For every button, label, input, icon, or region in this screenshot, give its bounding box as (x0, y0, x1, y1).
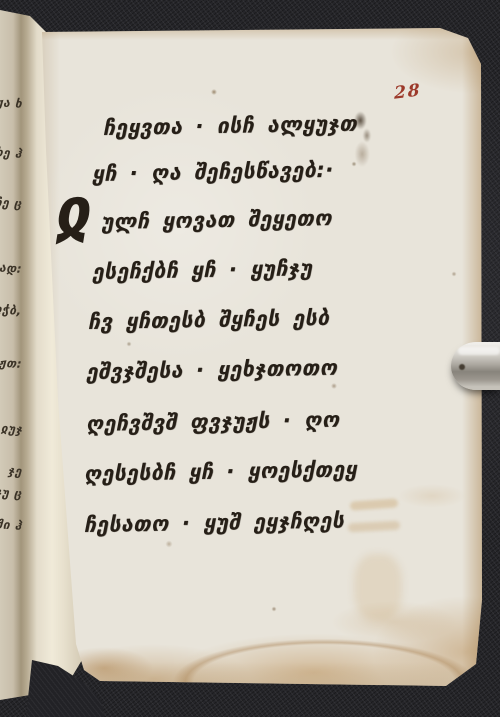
manuscript-photo: ჟა ხ ხე ჰ ჩე ც ჟად: ჲჭბ, ჰჟთ: ჲუჯ ჯე ჯუ … (0, 0, 500, 717)
manuscript-text-line: ესეჩქბჩ ყჩ · ყუჩჯუ (92, 256, 313, 284)
ink-smudge (346, 110, 382, 168)
edge-text-fragment: ჯუ ც (0, 485, 22, 501)
manuscript-text-block: ჩეყვთა · ისჩ ალყუჯთ ყჩ · ღა შეჩესწავებ:·… (34, 24, 486, 690)
edge-text-fragment: ჲჭბ, (0, 302, 22, 318)
manuscript-text-line: ჩვ ყჩთესბ შყჩეს ესბ (88, 306, 330, 334)
edge-text-fragment: ჰჟთ: (0, 355, 22, 371)
edge-text-fragment: ჲუჯ (0, 421, 22, 436)
edge-text-fragment: ჟა ხ (0, 95, 22, 111)
manuscript-text-line: ულჩ ყოვათ შეყეთო (101, 206, 333, 234)
manuscript-text-line: ეშვჯშესა · ყეხჯთოთო (86, 356, 338, 384)
manuscript-text-line: ყჩ · ღა შეჩესწავებ:· (92, 158, 334, 186)
manuscript-text-line: ჩესათო · ყუშ ეყჯჩღეს (84, 508, 345, 537)
edge-text-fragment: ჟად: (0, 260, 22, 276)
edge-text-fragment: ში ჰ (0, 517, 22, 533)
manuscript-text-line: ღეჩვშვშ ფვჯუჟს · ღო (86, 408, 340, 436)
page-weight-tip-speck (459, 364, 465, 370)
edge-text-fragment: ჩე ც (0, 195, 22, 211)
manuscript-text-line: ღესესბჩ ყჩ · ყოესქთეყ (84, 457, 358, 486)
edge-text-fragment: ჯე (8, 464, 23, 479)
edge-text-fragment: ხე ჰ (0, 145, 22, 161)
manuscript-text-line: ჩეყვთა · ისჩ ალყუჯთ (103, 112, 358, 140)
water-stain (354, 554, 402, 620)
glass-page-weight (451, 342, 500, 390)
manuscript-page: 28 ჲ ჩეყვთა · ისჩ ალყუჯთ ყჩ · ღა შეჩესწა… (34, 24, 486, 690)
